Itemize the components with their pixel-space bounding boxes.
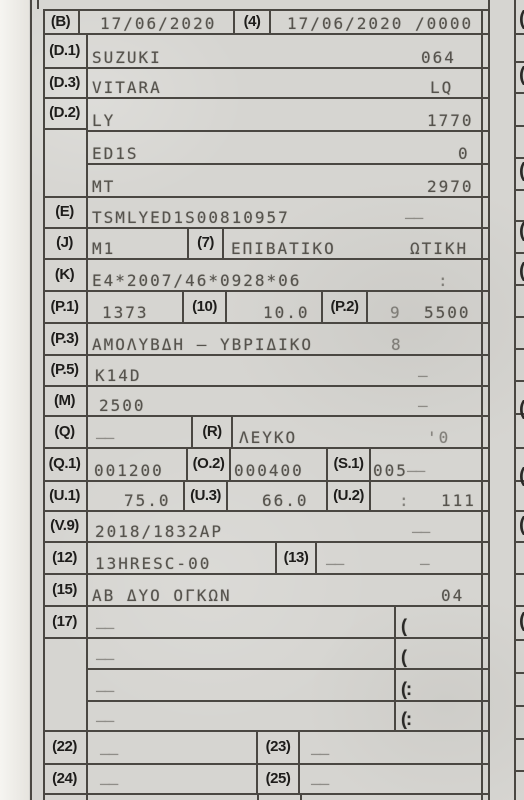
value-p3-fuel: ΑΜΟΛΥΒΔΗ — ΥΒΡΙΔΙΚΟ	[92, 322, 313, 357]
field-label-n24: (24)	[43, 763, 86, 793]
field-label-p1: (P.1)	[43, 290, 86, 322]
right-table-line-3	[514, 125, 524, 127]
scanned-registration-document: (B)(D.1)(D.3)(D.2)(E)(J)(K)(P.1)(P.3)(P.…	[0, 0, 524, 800]
field-label-j: (J)	[43, 227, 86, 258]
value-field12-value: 13HRESC-00	[95, 541, 211, 576]
right-table-line-9	[514, 316, 524, 318]
field-label-p2: (P.2)	[321, 290, 368, 322]
value-field24-dash: ——	[100, 763, 117, 796]
value-field17-dash4: ——	[96, 700, 113, 733]
right-table-line-7	[514, 252, 524, 254]
field-label-u2: (U.2)	[326, 480, 371, 510]
right-table-line-1	[514, 61, 524, 63]
right-table-line-18	[514, 605, 524, 607]
table-line-h-23	[86, 700, 490, 702]
right-table-line-15	[514, 510, 524, 512]
field-label-n25: (25)	[256, 763, 300, 793]
right-table-line-8	[514, 284, 524, 286]
right-table-line-21	[514, 705, 524, 707]
field-label-p3: (P.3)	[43, 322, 86, 354]
table-line-v-1	[37, 0, 39, 9]
value-d2-line1: LY	[92, 97, 115, 133]
field-label-s1: (S.1)	[326, 447, 371, 480]
table-line-h-4	[43, 128, 86, 130]
value-b-date: 17/06/2020	[100, 9, 216, 36]
field-label-n4: (4)	[233, 9, 271, 33]
right-table-line-23	[514, 770, 524, 772]
table-line-v-3	[78, 9, 80, 33]
right-table-line-4	[514, 157, 524, 159]
value-j-category: M1	[92, 227, 115, 261]
value-k-approval: E4*2007/46*0928*06	[92, 258, 301, 293]
right-table-line-2	[514, 92, 524, 94]
field-label-u3: (U.3)	[183, 480, 228, 510]
table-line-v-5	[394, 605, 396, 730]
value-u1-value: 75.0	[124, 480, 171, 513]
right-table-paren-1: (	[519, 64, 524, 87]
right-table-line-5	[514, 189, 524, 191]
right-table-line-19	[514, 639, 524, 641]
field-label-n17: (17)	[43, 605, 86, 637]
value-field17-dash3: ——	[96, 668, 113, 703]
value-d2-line3: MT	[92, 163, 115, 199]
field-label-m: (M)	[43, 385, 86, 415]
field-label-n7: (7)	[187, 227, 224, 258]
field-label-o2: (O.2)	[186, 447, 231, 480]
table-line-v-6	[481, 9, 483, 800]
value-q-dash: ——	[96, 415, 113, 450]
table-line-v-9	[257, 793, 259, 800]
right-table-line-16	[514, 541, 524, 543]
field-label-e: (E)	[43, 196, 86, 227]
value-d2-line2-num: 0	[458, 130, 470, 166]
value-field22-dash: ——	[100, 730, 117, 766]
right-table-paren-6: (	[519, 465, 524, 488]
value-d2-line2: ED1S	[92, 130, 139, 166]
right-table-paren-2: (	[519, 160, 524, 183]
value-r-right: '0	[427, 415, 450, 450]
value-field10-value: 10.0	[263, 290, 310, 325]
value-u3-value: 66.0	[262, 480, 309, 513]
value-e-dash: ——	[405, 196, 422, 230]
table-line-v-4	[86, 33, 88, 793]
value-field17-dash1: ——	[96, 605, 113, 640]
field-label-n15: (15)	[43, 573, 86, 605]
value-d3-model: VITARA	[92, 67, 162, 100]
field-label-u1: (U.1)	[43, 480, 86, 510]
value-r-color: ΛΕΥΚΟ	[239, 415, 297, 450]
value-u2-value: 111	[441, 480, 476, 513]
field-label-n23: (23)	[256, 730, 300, 763]
right-table-line-22	[514, 738, 524, 740]
value-s1-dash: ——	[407, 447, 424, 483]
value-field7-type: ΕΠΙΒΑΤΙΚΟ	[231, 227, 336, 261]
field-label-d1: (D.1)	[43, 33, 86, 67]
right-table-line-20	[514, 672, 524, 674]
right-table-paren-8: (	[519, 610, 524, 633]
value-p5-dash: —	[418, 354, 427, 388]
right-table-paren-4: (	[519, 260, 524, 283]
value-q1-value: 001200	[94, 447, 164, 483]
value-field13-dash: ——	[326, 541, 343, 576]
value-field17-dash2: ——	[96, 637, 113, 671]
value-d1-make: SUZUKI	[92, 33, 162, 70]
right-table-line-10	[514, 348, 524, 350]
value-m-dash: —	[418, 385, 427, 418]
field-label-d2: (D.2)	[43, 97, 86, 128]
field-label-q1: (Q.1)	[43, 447, 86, 480]
field-label-n12: (12)	[43, 541, 86, 573]
field-label-n22: (22)	[43, 730, 86, 763]
table-line-h-22	[86, 668, 490, 670]
value-d1-code: 064	[421, 33, 456, 70]
field-label-p5: (P.5)	[43, 354, 86, 385]
value-field17-paren3: (:	[401, 668, 411, 703]
value-o2-value: 000400	[234, 447, 304, 483]
table-line-v-10	[300, 793, 302, 800]
field-label-n13: (13)	[275, 541, 317, 573]
value-e-vin: TSMLYED1S00810957	[92, 196, 290, 230]
value-p3-code: 8	[391, 322, 403, 357]
value-p2-a: 9	[390, 290, 402, 325]
right-table-left-border	[514, 0, 516, 800]
value-d2-line1-num: 1770	[427, 97, 474, 133]
value-m-value: 2500	[99, 385, 146, 418]
value-p5-engine: K14D	[95, 354, 142, 388]
field-label-v9: (V.9)	[43, 510, 86, 541]
right-table-paren-5: (	[519, 398, 524, 421]
value-p1-cc: 1373	[102, 290, 149, 325]
table-line-v-7	[488, 0, 490, 800]
table-line-v-8	[86, 793, 88, 800]
field-label-d3: (D.3)	[43, 67, 86, 97]
value-s1-value: 005	[373, 447, 408, 483]
right-table-paren-0: (	[519, 8, 524, 31]
right-table-line-0	[514, 33, 524, 35]
field-label-q: (Q)	[43, 415, 86, 447]
value-field15-value: ΑΒ ΔΥΟ ΟΓΚΩΝ	[92, 573, 232, 608]
value-v9-value: 2018/1832AP	[95, 510, 223, 544]
field-label-k: (K)	[43, 258, 86, 290]
field-label-r: (R)	[191, 415, 233, 447]
value-u2-mark: :	[399, 480, 411, 513]
field-label-b: (B)	[43, 9, 78, 33]
right-table-line-11	[514, 380, 524, 382]
value-p2-rpm: 5500	[424, 290, 471, 325]
table-line-v-0	[30, 0, 32, 800]
value-field12-dash: —	[420, 541, 429, 576]
value-v9-dash: ——	[412, 510, 429, 544]
value-field17-paren1: (	[401, 605, 406, 640]
page-left-margin	[0, 0, 29, 800]
value-field25-dash: ——	[311, 763, 328, 796]
value-field17-paren4: (:	[401, 700, 411, 733]
value-d2-line3-num: 2970	[427, 163, 474, 199]
value-field17-paren2: (	[401, 637, 406, 671]
right-table-line-17	[514, 573, 524, 575]
right-table-line-13	[514, 447, 524, 449]
field-label-n10: (10)	[182, 290, 227, 322]
right-table-paren-3: (	[519, 220, 524, 243]
value-field4-value: 17/06/2020 /0000	[287, 9, 473, 36]
value-d3-code: LQ	[430, 67, 453, 100]
value-field23-dash: ——	[311, 730, 328, 766]
value-j-right: ΩΤΙΚΗ	[410, 227, 468, 261]
value-k-mark: :	[438, 258, 450, 293]
right-table-paren-7: (	[519, 514, 524, 537]
value-field15-code: 04	[441, 573, 464, 608]
